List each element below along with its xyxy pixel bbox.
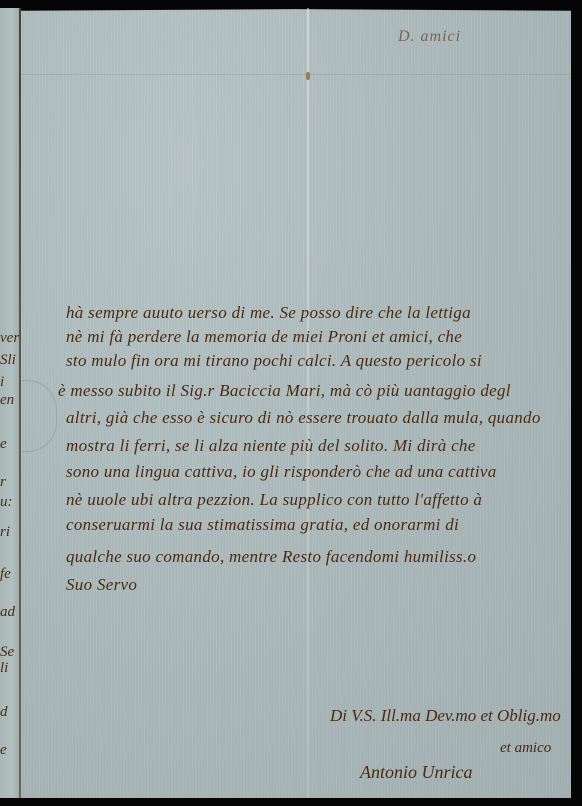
facing-page-fragment: en	[0, 392, 14, 409]
letter-line: nè uuole ubi altra pezzion. La supplico …	[66, 490, 482, 510]
facing-page-fragment: u:	[0, 494, 13, 511]
facing-page-fragment: fe	[0, 566, 11, 583]
facing-page-fragment: r	[0, 474, 6, 491]
page-gutter-line	[19, 8, 21, 798]
facing-page-fragment: i	[0, 374, 4, 391]
facing-page-fragment: Se	[0, 644, 14, 661]
signature: Antonio Unrica	[360, 762, 473, 783]
scan-border-right	[571, 0, 582, 806]
closing-salutation: Di V.S. Ill.ma Dev.mo et Oblig.mo	[330, 706, 561, 726]
facing-page-fragment: ad	[0, 604, 15, 621]
facing-page-fragment: ri	[0, 524, 10, 541]
letter-line: è messo subito il Sig.r Baciccia Mari, m…	[58, 381, 511, 401]
vertical-fold-crease	[307, 8, 309, 798]
letter-line: sono una lingua cattiva, io gli risponde…	[66, 462, 497, 482]
scan-border-bottom	[0, 798, 582, 806]
facing-page-fragment: d	[0, 704, 8, 721]
facing-page-sliver: ver Sli i en e r u: ri fe ad Se li d e	[0, 8, 20, 798]
letter-line: altri, già che esso è sicuro di nò esser…	[66, 408, 541, 428]
closing-et-amico: et amico	[500, 740, 551, 757]
horizontal-fold-crease	[21, 74, 571, 75]
facing-page-fragment: li	[0, 660, 8, 677]
facing-page-fragment: e	[0, 742, 7, 759]
letter-line: conseruarmi la sua stimatissima gratia, …	[66, 515, 459, 535]
letter-line: qualche suo comando, mentre Resto facend…	[66, 547, 476, 567]
facing-page-fragment: Sli	[0, 352, 16, 369]
letter-page	[21, 6, 571, 798]
docket-note: D. amici	[398, 28, 461, 46]
facing-page-fragment: ver	[0, 330, 19, 347]
facing-page-fragment: e	[0, 436, 7, 453]
letter-line: hà sempre auuto uerso di me. Se posso di…	[66, 303, 471, 323]
letter-line: Suo Servo	[66, 575, 137, 595]
letter-line: nè mi fà perdere la memoria de miei Pron…	[66, 327, 462, 347]
letter-line: mostra li ferri, se li alza niente più d…	[66, 436, 476, 456]
letter-line: sto mulo fin ora mi tirano pochi calci. …	[66, 351, 482, 371]
scanned-document: ver Sli i en e r u: ri fe ad Se li d e D…	[0, 0, 582, 806]
